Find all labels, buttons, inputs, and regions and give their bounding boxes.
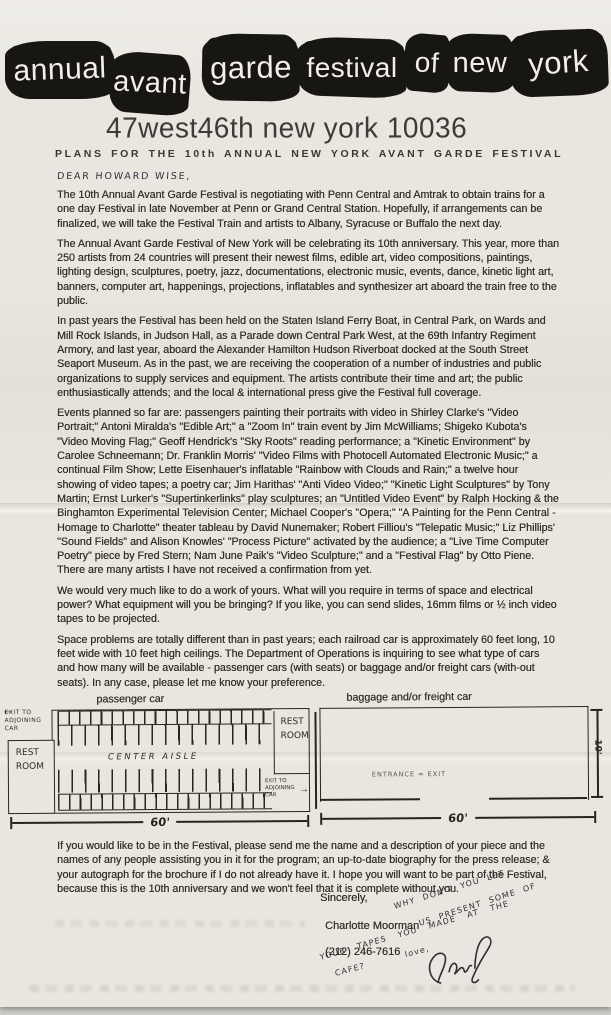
exit-arrow-left-icon: ← — [1, 702, 14, 717]
scanned-letter: annual avant garde festival of new york … — [0, 0, 611, 1015]
banner-word-label: festival — [306, 52, 397, 84]
exit-right-label: EXIT TO ADJOINING CAR — [265, 778, 305, 800]
ink-bleed-through — [55, 920, 305, 927]
paragraph-space: Space problems are totally different tha… — [57, 633, 559, 690]
baggage-height-tick-bottom — [591, 796, 603, 798]
passenger-seats-top — [57, 709, 271, 725]
car-height-line — [314, 712, 316, 809]
paragraph-trains: The 10th Annual Avant Garde Festival is … — [57, 188, 559, 231]
banner-word-label: garde — [210, 49, 292, 86]
rest-room-left-box: REST ROOM — [8, 740, 56, 814]
rest-room-left-label: REST ROOM — [9, 741, 42, 775]
banner-word-label: annual — [13, 51, 107, 88]
entrance-exit-label: ENTRANCE = EXIT — [372, 770, 446, 779]
banner-word-york: york — [510, 30, 607, 96]
paragraph-your-work: We would very much like to do a work of … — [57, 584, 559, 627]
passenger-seat-rows-bottom — [58, 768, 272, 792]
banner-word-of: of — [406, 36, 449, 90]
passenger-car-outline — [51, 708, 310, 814]
ink-bleed-through — [30, 985, 575, 992]
charlotte-signature-scrawl — [421, 931, 502, 995]
banner-word-festival: festival — [300, 41, 404, 94]
handwritten-cafe: CAFE? — [334, 961, 366, 978]
passenger-length-dimension: 60' — [10, 814, 309, 830]
paragraph-past-years: In past years the Festival has been held… — [57, 314, 559, 400]
rest-room-right-box: REST ROOM — [273, 711, 308, 774]
salutation: DEAR HOWARD WISE, — [57, 171, 192, 182]
baggage-bottom-right-wall — [489, 797, 587, 800]
banner-word-label: new — [453, 47, 508, 80]
rest-room-right-label: REST ROOM — [274, 711, 306, 744]
baggage-bottom-left-wall — [320, 798, 420, 801]
banner-word-annual: annual — [7, 42, 113, 98]
valediction: Sincerely, — [320, 892, 367, 904]
banner-word-label: of — [414, 46, 440, 79]
exit-arrow-right-icon: → — [299, 784, 309, 795]
closing-paragraph: If you would like to be in the Festival,… — [57, 839, 569, 896]
address-line: 47west46th new york 10036 — [106, 111, 467, 144]
banner-word-garde: garde — [204, 36, 297, 99]
passenger-length-label: 60' — [149, 815, 170, 829]
passenger-seat-rows-top — [58, 723, 272, 745]
banner-word-avant: avant — [112, 54, 188, 112]
baggage-length-label: 60' — [448, 811, 469, 825]
banner-word-label: york — [527, 43, 590, 83]
banner-word-new: new — [449, 37, 511, 89]
banner-word-label: avant — [113, 65, 188, 101]
baggage-car-outline — [319, 706, 589, 802]
letter-paper: annual avant garde festival of new york … — [0, 0, 611, 1007]
exit-left-label: EXIT TO ADJOINING CAR — [4, 709, 48, 734]
letter-body: The 10th Annual Avant Garde Festival is … — [57, 188, 559, 696]
subject-line: PLANS FOR THE 10th ANNUAL NEW YORK AVANT… — [55, 148, 563, 160]
baggage-length-dimension: 60' — [320, 810, 596, 826]
baggage-height-label: 10' — [592, 739, 602, 754]
paragraph-events: Events planned so far are: passengers pa… — [57, 406, 559, 578]
paragraph-anniversary: The Annual Avant Garde Festival of New Y… — [57, 237, 559, 308]
baggage-height-tick-top — [590, 709, 602, 711]
center-aisle-label: CENTER AISLE — [107, 752, 199, 763]
passenger-seats-bottom — [58, 792, 272, 810]
fold-crease — [0, 752, 611, 764]
baggage-height-dimension — [596, 709, 598, 798]
